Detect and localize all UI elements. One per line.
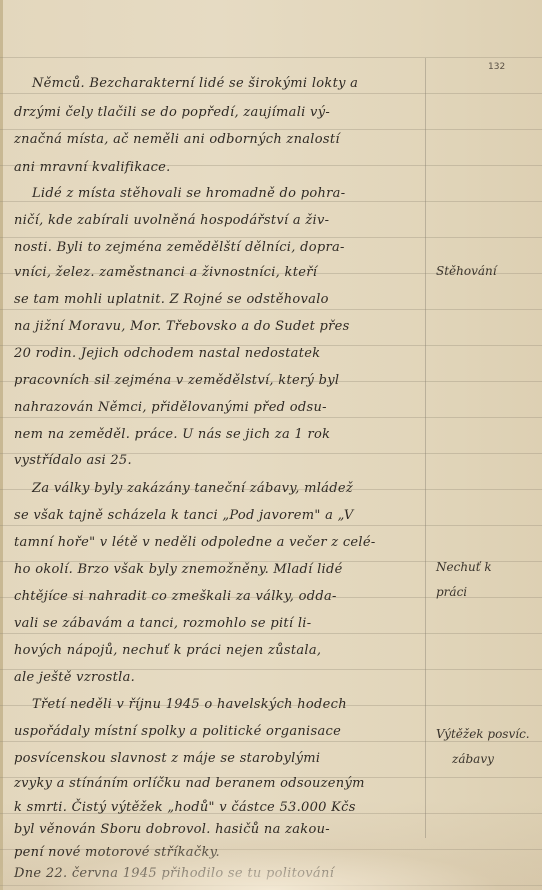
text-line: značná místa, ač neměli ani odborných zn… — [14, 132, 340, 147]
text-line: ale ještě vzrostla. — [14, 670, 135, 685]
text-line: uspořádaly místní spolky a politické org… — [14, 724, 341, 739]
text-line: nem na zeměděl. práce. U nás se jich za … — [14, 427, 330, 442]
text-line: vystřídalo asi 25. — [14, 453, 132, 468]
text-line: Třetí neděli v říjnu 1945 o havelských h… — [32, 697, 347, 712]
text-line: vali se zábavám a tanci, rozmohlo se pit… — [14, 616, 311, 631]
margin-divider — [425, 58, 426, 838]
text-line: zvyky a stínáním orlíčku nad beranem ods… — [14, 776, 365, 791]
text-line: vníci, želez. zaměstnanci a živnostníci,… — [14, 265, 317, 280]
text-line: Za války byly zakázány taneční zábavy, m… — [32, 481, 353, 496]
text-line: hových nápojů, nechuť k práci nejen zůst… — [14, 643, 321, 658]
text-line: pracovních sil zejména v zemědělství, kt… — [14, 373, 339, 388]
page-edge — [0, 0, 3, 890]
text-line: tamní hoře" v létě v neděli odpoledne a … — [14, 535, 376, 550]
paper-stain — [0, 840, 542, 890]
text-line: nahrazován Němci, přidělovanými před ods… — [14, 400, 327, 415]
text-line: se však tajně scházela k tanci „Pod javo… — [14, 508, 354, 523]
margin-note-reluctance: Nechuť k — [436, 560, 492, 574]
text-line: ničí, kde zabírali uvolněná hospodářství… — [14, 213, 329, 228]
text-line: 20 rodin. Jejich odchodem nastal nedosta… — [14, 346, 320, 361]
margin-note-moving: Stěhování — [436, 264, 497, 278]
text-line: nosti. Byli to zejména zemědělští dělníc… — [14, 240, 345, 255]
text-line: na jižní Moravu, Mor. Třebovsko a do Sud… — [14, 319, 350, 334]
text-line: ho okolí. Brzo však byly znemožněny. Mla… — [14, 562, 343, 577]
margin-note-dance: zábavy — [452, 752, 494, 766]
margin-note-proceeds: Výtěžek posvíc. — [436, 727, 530, 741]
text-line: ani mravní kvalifikace. — [14, 160, 171, 175]
text-line: k smrti. Čistý výtěžek „hodů" v částce 5… — [14, 800, 356, 815]
text-line: Němců. Bezcharakterní lidé se širokými l… — [32, 76, 358, 91]
text-line: chtějíce si nahradit co zmeškali za válk… — [14, 589, 337, 604]
text-line: byl věnován Sboru dobrovol. hasičů na za… — [14, 822, 330, 837]
page-number: 132 — [488, 62, 505, 72]
text-line: drzými čely tlačili se do popředí, zaují… — [14, 105, 330, 120]
margin-note-work: práci — [436, 585, 467, 599]
text-line: Lidé z místa stěhovali se hromadně do po… — [32, 186, 345, 201]
text-line: se tam mohli uplatnit. Z Rojné se odstěh… — [14, 292, 329, 307]
text-line: posvícenskou slavnost z máje se starobyl… — [14, 751, 320, 766]
ledger-page: 132 Němců. Bezcharakterní lidé se široký… — [0, 0, 542, 890]
